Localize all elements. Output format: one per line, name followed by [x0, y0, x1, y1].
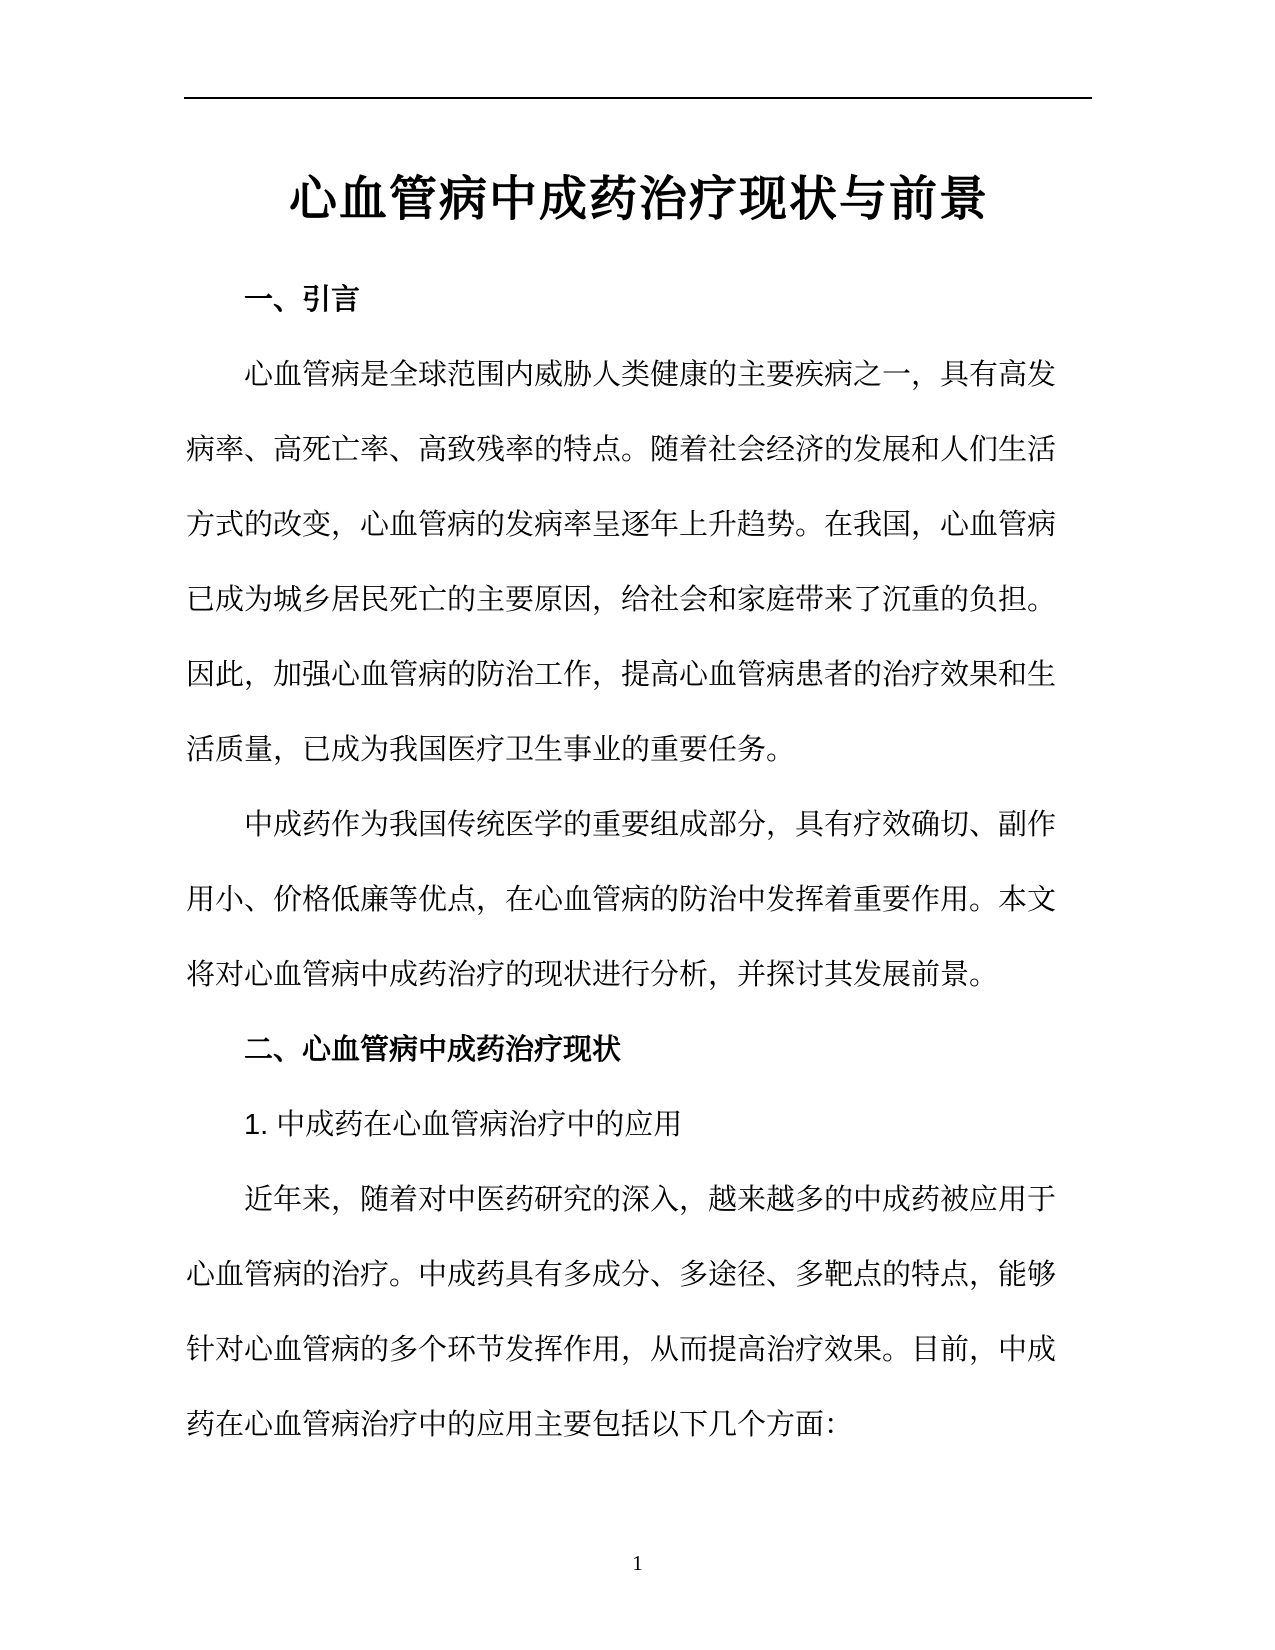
paragraph-line: 针对心血管病的多个环节发挥作用，从而提高治疗效果。目前，中成 — [186, 1313, 1092, 1388]
paragraph-line: 药在心血管病治疗中的应用主要包括以下几个方面： — [186, 1388, 1092, 1463]
paragraph-line: 心血管病是全球范围内威胁人类健康的主要疾病之一，具有高发 — [186, 338, 1092, 413]
subsection-heading-application: 1. 中成药在心血管病治疗中的应用 — [186, 1088, 1092, 1163]
document-page: 心血管病中成药治疗现状与前景 一、引言 心血管病是全球范围内威胁人类健康的主要疾… — [0, 0, 1275, 1650]
paragraph-line: 近年来，随着对中医药研究的深入，越来越多的中成药被应用于 — [186, 1163, 1092, 1238]
section-heading-introduction: 一、引言 — [186, 263, 1092, 338]
document-title: 心血管病中成药治疗现状与前景 — [186, 162, 1092, 237]
paragraph-line: 用小、价格低廉等优点，在心血管病的防治中发挥着重要作用。本文 — [186, 863, 1092, 938]
paragraph-line: 已成为城乡居民死亡的主要原因，给社会和家庭带来了沉重的负担。 — [186, 563, 1092, 638]
paragraph-line: 因此，加强心血管病的防治工作，提高心血管病患者的治疗效果和生 — [186, 638, 1092, 713]
paragraph-line: 活质量，已成为我国医疗卫生事业的重要任务。 — [186, 713, 1092, 788]
page-number: 1 — [0, 1550, 1275, 1576]
paragraph-line: 方式的改变，心血管病的发病率呈逐年上升趋势。在我国，心血管病 — [186, 488, 1092, 563]
paragraph-line: 将对心血管病中成药治疗的现状进行分析，并探讨其发展前景。 — [186, 938, 1092, 1013]
paragraph-line: 病率、高死亡率、高致残率的特点。随着社会经济的发展和人们生活 — [186, 413, 1092, 488]
paragraph-line: 心血管病的治疗。中成药具有多成分、多途径、多靶点的特点，能够 — [186, 1238, 1092, 1313]
paragraph-line: 中成药作为我国传统医学的重要组成部分，具有疗效确切、副作 — [186, 788, 1092, 863]
section-heading-current-status: 二、心血管病中成药治疗现状 — [186, 1013, 1092, 1088]
document-content: 心血管病中成药治疗现状与前景 一、引言 心血管病是全球范围内威胁人类健康的主要疾… — [186, 0, 1092, 1463]
